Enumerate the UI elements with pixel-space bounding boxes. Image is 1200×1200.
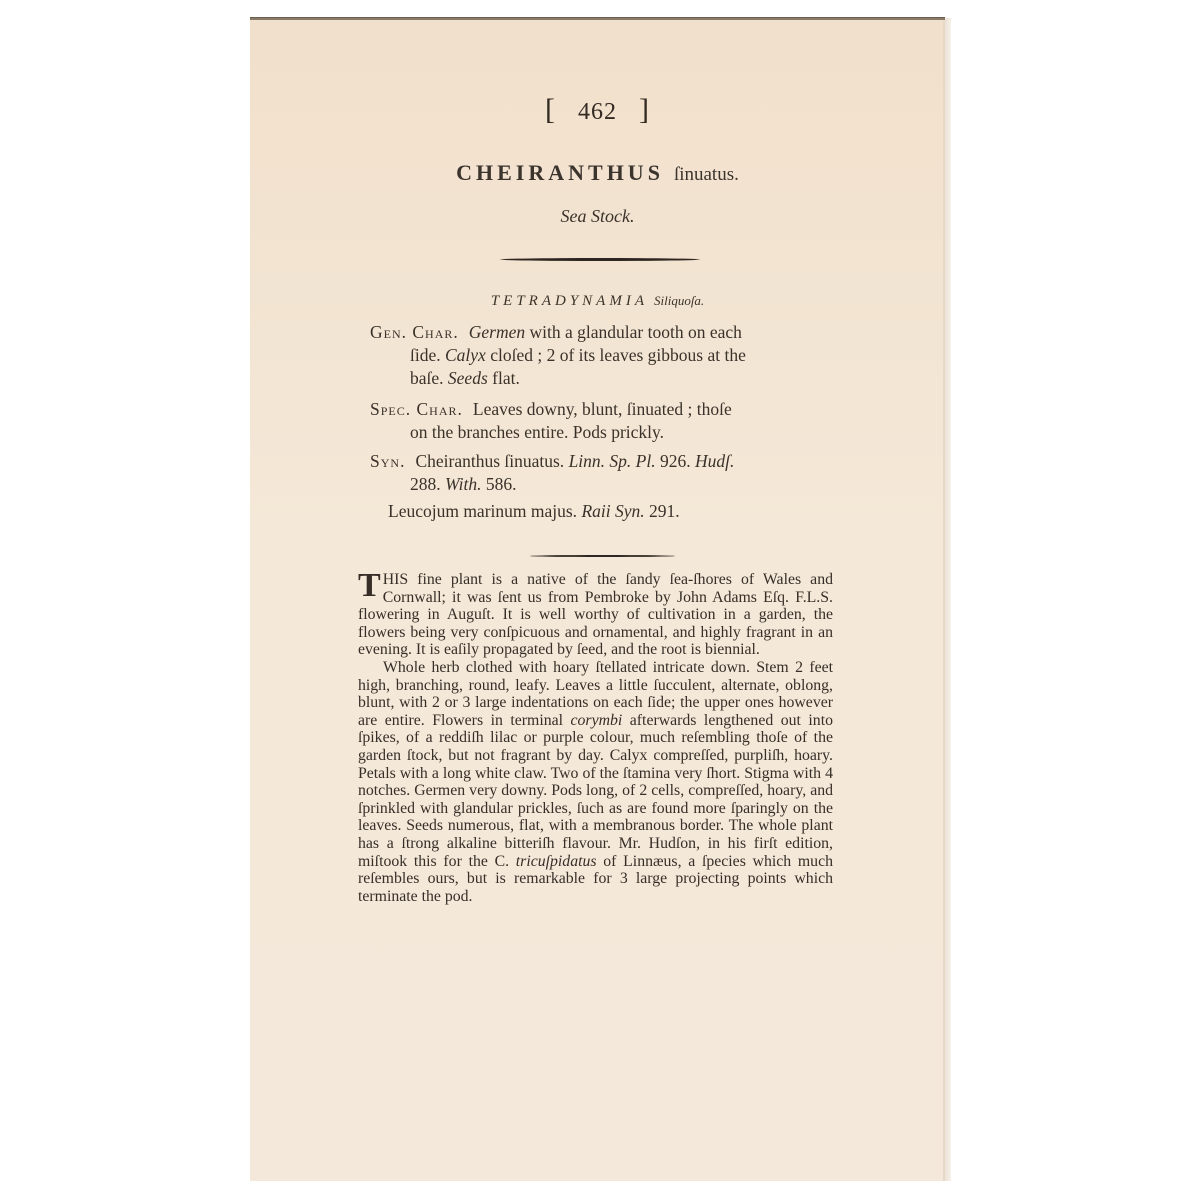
text: on the branches entire. Pods prickly. (370, 421, 835, 444)
page-number-value: 462 (578, 99, 617, 125)
italic-ref: Hudſ. (695, 451, 734, 471)
description-body: THIS fine plant is a native of the ſandy… (358, 571, 833, 905)
spec-char-label: Spec. Char. (370, 399, 463, 419)
italic-term: Calyx (445, 345, 486, 365)
page-title: CHEIRANTHUSſinuatus. (250, 160, 945, 186)
italic-term: corymbi (571, 712, 623, 729)
text: cloſed ; 2 of its leaves gibbous at the (486, 345, 746, 365)
species-name: ſinuatus. (674, 164, 739, 185)
genus-name: CHEIRANTHUS (456, 160, 664, 185)
text: 291. (645, 501, 680, 521)
divider-rule (500, 258, 700, 261)
paragraph: Whole herb clothed with hoary ſtellated … (358, 659, 833, 905)
page-number: [462] (250, 93, 945, 127)
specific-character: Spec. Char.Leaves downy, blunt, ſinuated… (370, 398, 835, 444)
text: Leaves downy, blunt, ſinuated ; thoſe (473, 399, 732, 419)
bracket-right: ] (617, 93, 672, 126)
italic-term: tricuſpidatus (516, 853, 597, 870)
text: flat. (488, 368, 520, 388)
text: Leucojum marinum majus. (388, 501, 581, 521)
common-name: Sea Stock. (250, 206, 945, 227)
text: 586. (481, 474, 516, 494)
text: HIS fine plant is a native of the ſandy … (358, 571, 833, 658)
italic-term: Seeds (448, 368, 488, 388)
text: Cheiranthus ſinuatus. (415, 451, 568, 471)
gen-char-label: Gen. Char. (370, 322, 459, 342)
divider-rule (530, 555, 675, 557)
text: with a glandular tooth on each (525, 322, 742, 342)
syn-label: Syn. (370, 451, 405, 471)
text: afterwards lengthened out into ſpikes, o… (358, 712, 833, 870)
text: 926. (656, 451, 695, 471)
italic-ref: Linn. Sp. Pl. (569, 451, 656, 471)
synonym-leucojum: Leucojum marinum majus. Raii Syn. 291. (388, 500, 853, 523)
order-name: Siliquoſa. (654, 293, 704, 308)
bracket-left: [ (523, 93, 578, 126)
text: 288. (410, 474, 445, 494)
book-page: [462] CHEIRANTHUSſinuatus. Sea Stock. TE… (250, 17, 945, 1181)
italic-ref: Raii Syn. (581, 501, 644, 521)
linnaean-class: TETRADYNAMIASiliquoſa. (250, 293, 945, 310)
italic-term: Germen (469, 322, 525, 342)
paragraph: THIS fine plant is a native of the ſandy… (358, 571, 833, 659)
italic-ref: With. (445, 474, 481, 494)
generic-character: Gen. Char.Germen with a glandular tooth … (370, 321, 835, 390)
drop-cap: T (358, 572, 381, 600)
class-name: TETRADYNAMIA (491, 293, 648, 309)
text: ſide. (410, 345, 445, 365)
text: baſe. (410, 368, 448, 388)
synonymy: Syn.Cheiranthus ſinuatus. Linn. Sp. Pl. … (370, 450, 835, 496)
